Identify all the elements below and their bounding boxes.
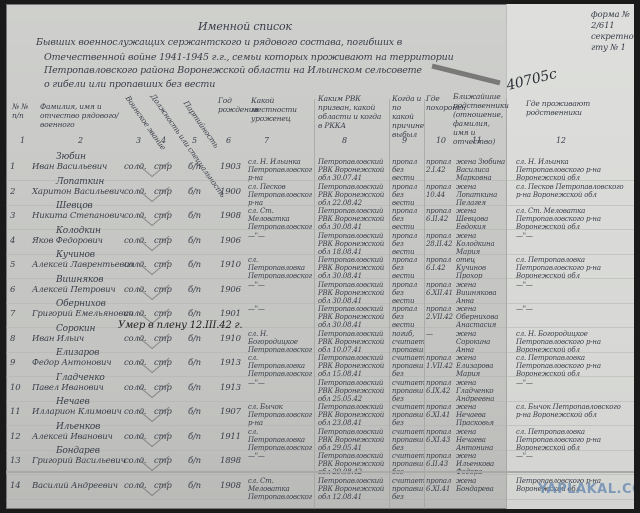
cell-origin: —"—	[248, 305, 312, 313]
col-number: 7	[264, 136, 269, 145]
cell-relative: жена Елизарова Мария Яковлевна	[456, 354, 506, 378]
cell-year: 1907	[220, 407, 241, 417]
col-number: 2	[78, 136, 83, 145]
cell-rvk: Петропавловский РВК Воронежской обл 30.0…	[318, 305, 388, 329]
cell-party: б/п	[188, 456, 201, 466]
cell-residence: —"—	[516, 232, 626, 240]
header-col-2: Фамилия, имя и отчество рядового/военног…	[40, 102, 120, 129]
header-col-8: Каким РВК призван, какой области и когда…	[318, 94, 386, 130]
header-col-9: Когда и по какой причине выбыл	[392, 94, 424, 139]
intro-line-4: о гибели или пропавших без вести	[44, 79, 215, 90]
cell-name: Алексей Иванович	[32, 432, 113, 442]
cell-year: 1900	[220, 187, 241, 197]
cell-name: Федор Антонович	[32, 358, 111, 368]
surname: Вишняков	[56, 275, 103, 285]
header-col-1: № № п/п	[12, 102, 32, 120]
cell-buried: пропал 2.I.42	[426, 158, 454, 174]
col-number: 5	[192, 136, 197, 145]
cell-n: 13	[10, 456, 20, 466]
surname: Елизаров	[56, 348, 99, 358]
cell-relative: жена Колодкина Мария Тарасовна	[456, 232, 506, 256]
cell-year: 1908	[220, 481, 241, 491]
col-number: 11	[472, 136, 482, 145]
cell-left: считается пропавшим без вести 22.10.43	[392, 428, 424, 452]
cell-year: 1898	[220, 456, 241, 466]
cell-n: 1	[10, 162, 15, 172]
cell-buried: —	[426, 330, 454, 338]
cell-buried: пропал 2.VII.42	[426, 305, 454, 321]
cell-rvk: Петропавловский РВК Воронежской обл 23.0…	[318, 403, 388, 427]
col-number: 4	[161, 136, 166, 145]
cell-buried: пропал 6.XI.43	[426, 428, 454, 444]
surname: Бондарев	[56, 446, 100, 456]
cell-year: 1913	[220, 358, 241, 368]
cell-relative: жена Гладченко Андреевна	[456, 379, 506, 403]
row-rule	[6, 425, 634, 426]
death-annotation: Умер в плену 12.III.42 г.	[118, 320, 242, 331]
cell-buried: пропал 10.44	[426, 183, 454, 199]
cell-buried: пропал 6.XII.41	[426, 281, 454, 297]
cell-party: б/п	[188, 481, 201, 491]
cell-party: б/п	[188, 334, 201, 344]
cell-n: 5	[10, 260, 15, 270]
cell-origin: сл. Н. Ильинка Петропавловского р-на Вор…	[248, 158, 312, 182]
cell-buried: пропал 6.XI.41	[426, 403, 454, 419]
cell-left: считается пропавшим без вести 20.6.42	[392, 354, 424, 378]
cell-rvk: Петропавловский РВК Воронежской обл 12.0…	[318, 477, 388, 501]
row-rule	[6, 254, 634, 255]
cell-year: 1911	[220, 432, 241, 442]
cell-party: б/п	[188, 383, 201, 393]
cell-buried: пропал 6.XI.41	[426, 477, 454, 493]
cell-residence: сл. Песков Петропавловского р-на Воронеж…	[516, 183, 626, 199]
cell-name: Григорий Васильевич	[32, 456, 126, 466]
cell-left: погиб, считается пропавшим без вести 15.…	[392, 330, 424, 354]
form-ref: гту № 1	[591, 43, 634, 54]
cell-residence: сл. Ст. Меловатка Петропавловского р-на …	[516, 207, 626, 231]
surname: Сорокин	[56, 324, 95, 334]
surname: Ильенков	[56, 422, 100, 432]
surname: Шевцов	[56, 201, 93, 211]
cell-buried: пропал 6.I.42	[426, 256, 454, 272]
col-number: 1	[20, 136, 25, 145]
cell-origin: сл. Петропавловка Петропавловского р-на …	[248, 256, 312, 280]
intro-line-3: Петропавловского района Воронежской обла…	[44, 65, 422, 76]
cell-name: Никита Степанович	[32, 211, 124, 221]
cell-residence: сл. Петропавловка Петропавловского р-на …	[516, 354, 626, 378]
paper-fold	[6, 471, 634, 473]
cell-residence: —"—	[516, 281, 626, 289]
cell-left: пропал без вести 12.11.41	[392, 158, 424, 182]
header-col-12: Где проживают родственники	[526, 99, 626, 117]
cell-origin: сл. Ст. Меловатка Петропавловского р-на …	[248, 477, 312, 501]
secrecy-mark: секретно	[591, 32, 634, 43]
col-number: 10	[436, 136, 446, 145]
intro-line-1: Бывших военнослужащих сержантского и ряд…	[36, 37, 402, 48]
archive-stamp	[431, 64, 500, 86]
row-rule	[6, 401, 634, 402]
cell-rvk: Петропавловский РВК Воронежской обл 15.0…	[318, 354, 388, 378]
cell-party: б/п	[188, 407, 201, 417]
cell-origin: сл. Петропавловка Петропавловского р-на …	[248, 428, 312, 452]
row-rule	[6, 499, 634, 500]
cell-buried: пропал 1.VII.42	[426, 354, 454, 370]
row-rule	[6, 327, 634, 328]
cell-n: 14	[10, 481, 20, 491]
cell-residence: сл. Н. Ильинка Петропавловского р-на Вор…	[516, 158, 626, 182]
col-number: 12	[556, 136, 566, 145]
cell-name: Алексей Петрович	[32, 285, 116, 295]
cell-relative: жена Зюбина Василиса Марковна	[456, 158, 506, 182]
document-page: Именной список Бывших военнослужащих сер…	[6, 4, 634, 509]
cell-year: 1913	[220, 383, 241, 393]
cell-relative: отец Кучинов Прохор	[456, 256, 506, 280]
cell-party: б/п	[188, 358, 201, 368]
watermark: YAPLAKAL.COM	[538, 482, 634, 497]
cell-relative: жена Нечаева Антонина	[456, 428, 506, 452]
cell-left: пропал без вести 18.12.41	[392, 256, 424, 280]
surname: Лопаткин	[56, 177, 104, 187]
cell-n: 3	[10, 211, 15, 221]
check-mark-icon	[137, 150, 169, 177]
cell-party: б/п	[188, 211, 201, 221]
cell-left: пропал без вести 18.11.43	[392, 183, 424, 207]
cell-rvk: Петропавловский РВК Воронежской обл 10.0…	[318, 330, 388, 354]
cell-buried: пропал 6.II.43	[426, 452, 454, 468]
cell-origin: —"—	[248, 379, 312, 387]
cell-left: считается пропавшим без вести 20.07.42	[392, 379, 424, 403]
cell-rvk: Петропавловский РВК Воронежской обл 22.0…	[318, 183, 388, 207]
cell-n: 8	[10, 334, 15, 344]
cell-relative: жена Шевцова Евдокия Игнатьевна	[456, 207, 506, 231]
cell-buried: пропал 6.IX.42	[426, 379, 454, 395]
cell-left: пропал без вести 22.12.41	[392, 281, 424, 305]
cell-buried: пропал 28.II.42	[426, 232, 454, 248]
cell-residence: —"—	[516, 452, 626, 460]
surname: Кучинов	[56, 250, 95, 260]
cell-name: Григорий Емельянович	[32, 309, 133, 319]
cell-year: 1901	[220, 309, 241, 319]
header-col-10: Где похоронен	[426, 94, 454, 112]
header-col-6: Год рождения	[218, 96, 248, 114]
surname: Гладченко	[56, 373, 105, 383]
cell-relative: жена Бондарева	[456, 477, 506, 493]
row-rule	[6, 205, 634, 206]
col-number: 9	[402, 136, 407, 145]
cell-name: Иван Васильевич	[32, 162, 107, 172]
cell-n: 9	[10, 358, 15, 368]
cell-year: 1903	[220, 162, 241, 172]
cell-n: 7	[10, 309, 15, 319]
document-title: Именной список	[198, 20, 292, 33]
cell-residence: —"—	[516, 379, 626, 387]
cell-origin: сл. Бычок Петропавловского р-на Воронежс…	[248, 403, 312, 427]
cell-name: Харитон Васильевич	[32, 187, 124, 197]
cell-year: 1908	[220, 211, 241, 221]
cell-origin: —"—	[248, 452, 312, 460]
cell-left: считается пропавшим без вести 10.09.41	[392, 403, 424, 427]
cell-residence: —"—	[516, 305, 626, 313]
cell-name: Яков Федорович	[32, 236, 103, 246]
cell-residence: сл. Н. Богородицкое Петропавловского р-н…	[516, 330, 626, 354]
cell-year: 1910	[220, 260, 241, 270]
cell-n: 11	[10, 407, 20, 417]
cell-rvk: Петропавловский РВК Воронежской обл 30.0…	[318, 256, 388, 280]
cell-residence: сл. Петропавловка Петропавловского р-на …	[516, 428, 626, 452]
row-rule	[6, 450, 634, 451]
form-note: форма № 2/611 секретно гту № 1	[591, 10, 634, 54]
cell-origin: сл. Ст. Меловатка Петропавловского р-на …	[248, 207, 312, 231]
cell-party: б/п	[188, 432, 201, 442]
cell-left: пропал без вести 30.05.42	[392, 305, 424, 329]
intro-line-2: Отечественной войне 1941-1945 г.г., семь…	[44, 52, 454, 63]
cell-party: б/п	[188, 162, 201, 172]
cell-origin: сл. Н. Богородицкое Петропавловского р-н…	[248, 330, 312, 354]
col-number: 8	[342, 136, 347, 145]
cell-rvk: Петропавловский РВК Воронежской обл 30.0…	[318, 281, 388, 305]
cell-n: 10	[10, 383, 20, 393]
header-col-7: Какой местности уроженец	[251, 96, 313, 123]
cell-year: 1906	[220, 236, 241, 246]
surname: Обернихов	[56, 299, 106, 309]
cell-relative: жена Лопаткина Пелагея Никол.	[456, 183, 506, 207]
cell-relative: жена Нечаева Прасковья Яковлевна	[456, 403, 506, 427]
cell-left: пропал без вести 18.12.41	[392, 232, 424, 256]
cell-relative: жена Сорокина Анна Ильинична	[456, 330, 506, 354]
cell-origin: сл. Петропавловка Петропавловского р-на …	[248, 354, 312, 378]
cell-n: 12	[10, 432, 20, 442]
cell-relative: жена Вишнякова Анна Корнеевна	[456, 281, 506, 305]
row-rule	[6, 474, 634, 475]
cell-year: 1906	[220, 285, 241, 295]
form-number: форма № 2/611	[591, 10, 634, 32]
cell-origin: сл. Песков Петропавловского р-на Воронеж…	[248, 183, 312, 207]
col-number: 6	[226, 136, 231, 145]
row-rule	[6, 352, 634, 353]
cell-year: 1910	[220, 334, 241, 344]
cell-rvk: Петропавловский РВК Воронежской обл 30.0…	[318, 158, 388, 182]
cell-party: б/п	[188, 187, 201, 197]
cell-buried: пропал 6.II.42	[426, 207, 454, 223]
cell-residence: сл. Бычок Петропавловского р-на Воронежс…	[516, 403, 626, 419]
cell-relative: жена Оберниховa Анастасия Степановна	[456, 305, 506, 329]
surname: Зюбин	[56, 152, 86, 162]
cell-rvk: Петропавловский РВК Воронежской обл 18.0…	[318, 232, 388, 256]
cell-party: б/п	[188, 236, 201, 246]
cell-left: пропал без вести 16.12.41	[392, 207, 424, 231]
cell-n: 6	[10, 285, 15, 295]
cell-left: считается пропавшим без вести 12.09.41	[392, 477, 424, 501]
cell-rvk: Петропавловский РВК Воронежской обл 29.0…	[318, 428, 388, 452]
cell-residence: сл. Петропавловка Петропавловского р-на …	[516, 256, 626, 280]
cell-party: б/п	[188, 285, 201, 295]
surname: Колодкин	[56, 226, 101, 236]
cell-name: Иван Ильич	[32, 334, 84, 344]
cell-party: б/п	[188, 309, 201, 319]
cell-party: б/п	[188, 260, 201, 270]
cell-name: Павел Иванович	[32, 383, 104, 393]
surname: Нечаев	[56, 397, 90, 407]
col-number: 3	[136, 136, 141, 145]
cell-name: Илларион Климович	[32, 407, 122, 417]
cell-origin: —"—	[248, 232, 312, 240]
cell-origin: —"—	[248, 281, 312, 289]
cell-n: 4	[10, 236, 15, 246]
cell-name: Василий Андреевич	[32, 481, 118, 491]
cell-rvk: Петропавловский РВК Воронежской обл 25.0…	[318, 379, 388, 403]
cell-rvk: Петропавловский РВК Воронежской обл 30.0…	[318, 207, 388, 231]
cell-name: Алексей Лаврентьевич	[32, 260, 135, 270]
cell-n: 2	[10, 187, 15, 197]
